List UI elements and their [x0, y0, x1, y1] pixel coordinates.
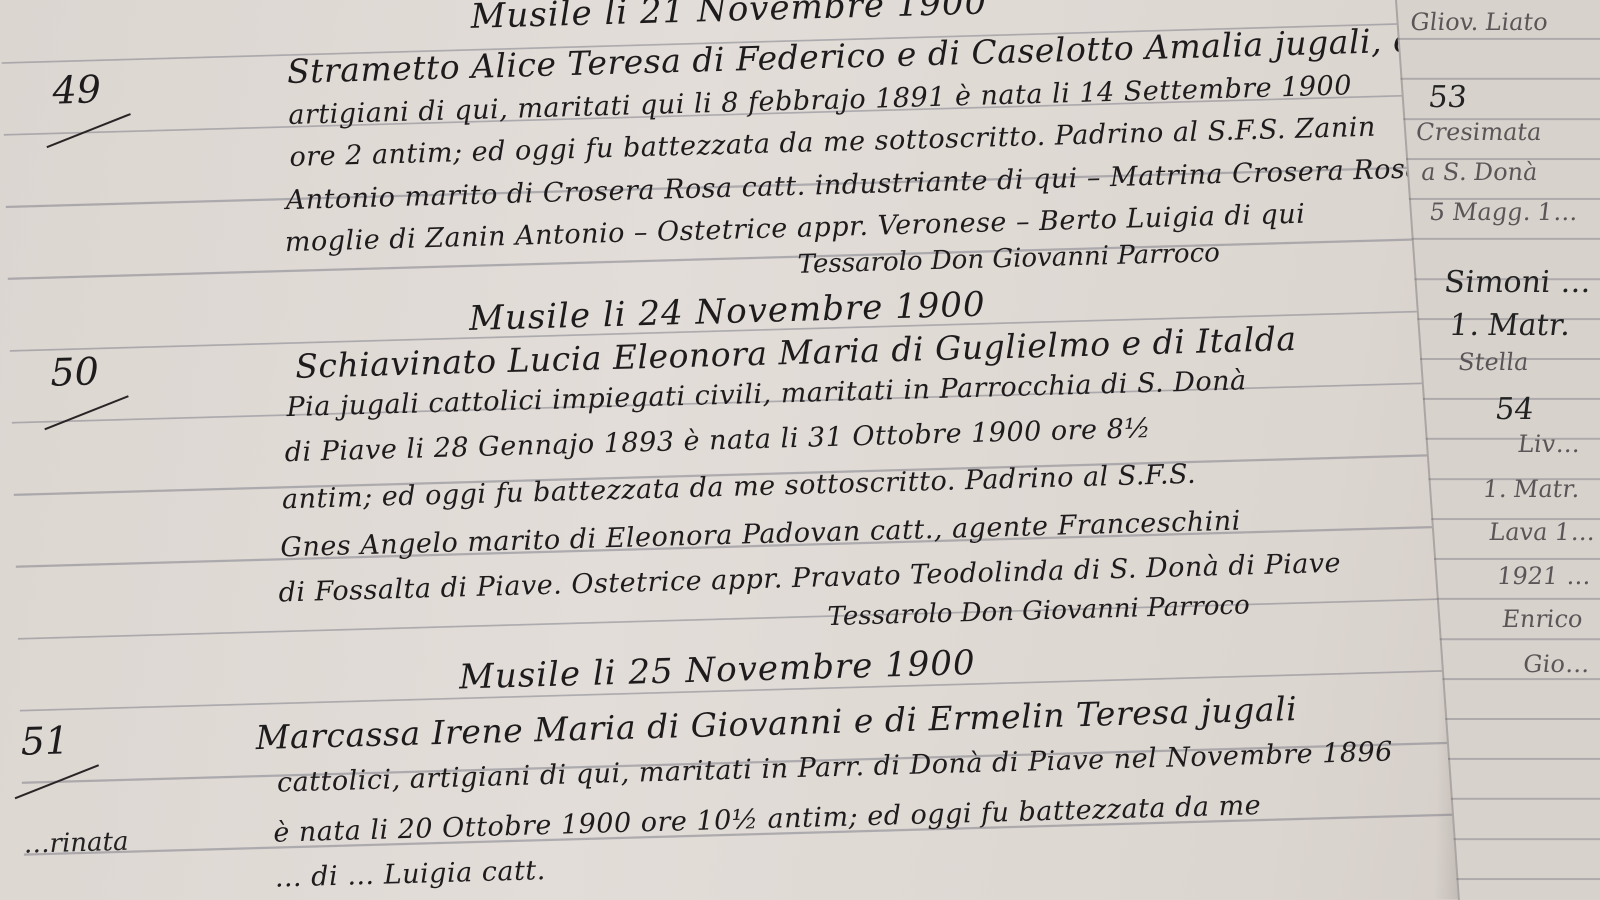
right-note-5: 5 Magg. 1…: [1429, 198, 1578, 226]
right-note-4: a S. Donà: [1420, 158, 1538, 186]
entry-51-line-3: è nata li 20 Ottobre 1900 ore 10½ antim;…: [273, 790, 1262, 849]
entry-51-line-4: … di … Luigia catt.: [274, 855, 546, 894]
right-note-3: Cresimata: [1415, 118, 1542, 146]
left-margin-note: …rinata: [23, 827, 129, 860]
entry-50-signature: Tessarolo Don Giovanni Parroco: [827, 590, 1250, 632]
right-note-7: 1. Matr.: [1449, 308, 1571, 343]
register-photograph: 49 Musile li 21 Novembre 1900 Strametto …: [0, 0, 1600, 900]
right-note-10: Liv…: [1517, 430, 1580, 458]
left-page: 49 Musile li 21 Novembre 1900 Strametto …: [0, 0, 1495, 900]
right-note-11: 1. Matr.: [1482, 475, 1579, 503]
entry-date-51: Musile li 25 Novembre 1900: [459, 643, 977, 697]
right-note-14: Enrico: [1501, 605, 1583, 633]
right-note-2: 53: [1428, 80, 1469, 115]
right-note-13: 1921 …: [1496, 562, 1591, 590]
right-note-8: Stella: [1457, 348, 1529, 376]
entry-49-signature: Tessarolo Don Giovanni Parroco: [797, 238, 1220, 280]
entry-number-51: 51: [20, 718, 70, 763]
entry-number-49: 49: [52, 67, 102, 112]
right-note-1: Gliov. Liato: [1410, 8, 1549, 36]
entry-50-line-3: di Piave li 28 Gennajo 1893 è nata li 31…: [284, 413, 1151, 468]
right-note-6: Simoni …: [1444, 265, 1592, 300]
right-note-15: Gio…: [1522, 650, 1589, 678]
right-note-9: 54: [1494, 392, 1535, 427]
entry-date-49: Musile li 21 Novembre 1900: [470, 0, 988, 37]
entry-50-line-4: antim; ed oggi fu battezzata da me sotto…: [282, 459, 1197, 516]
right-note-12: Lava 1…: [1488, 518, 1595, 546]
entry-number-50: 50: [50, 349, 100, 394]
